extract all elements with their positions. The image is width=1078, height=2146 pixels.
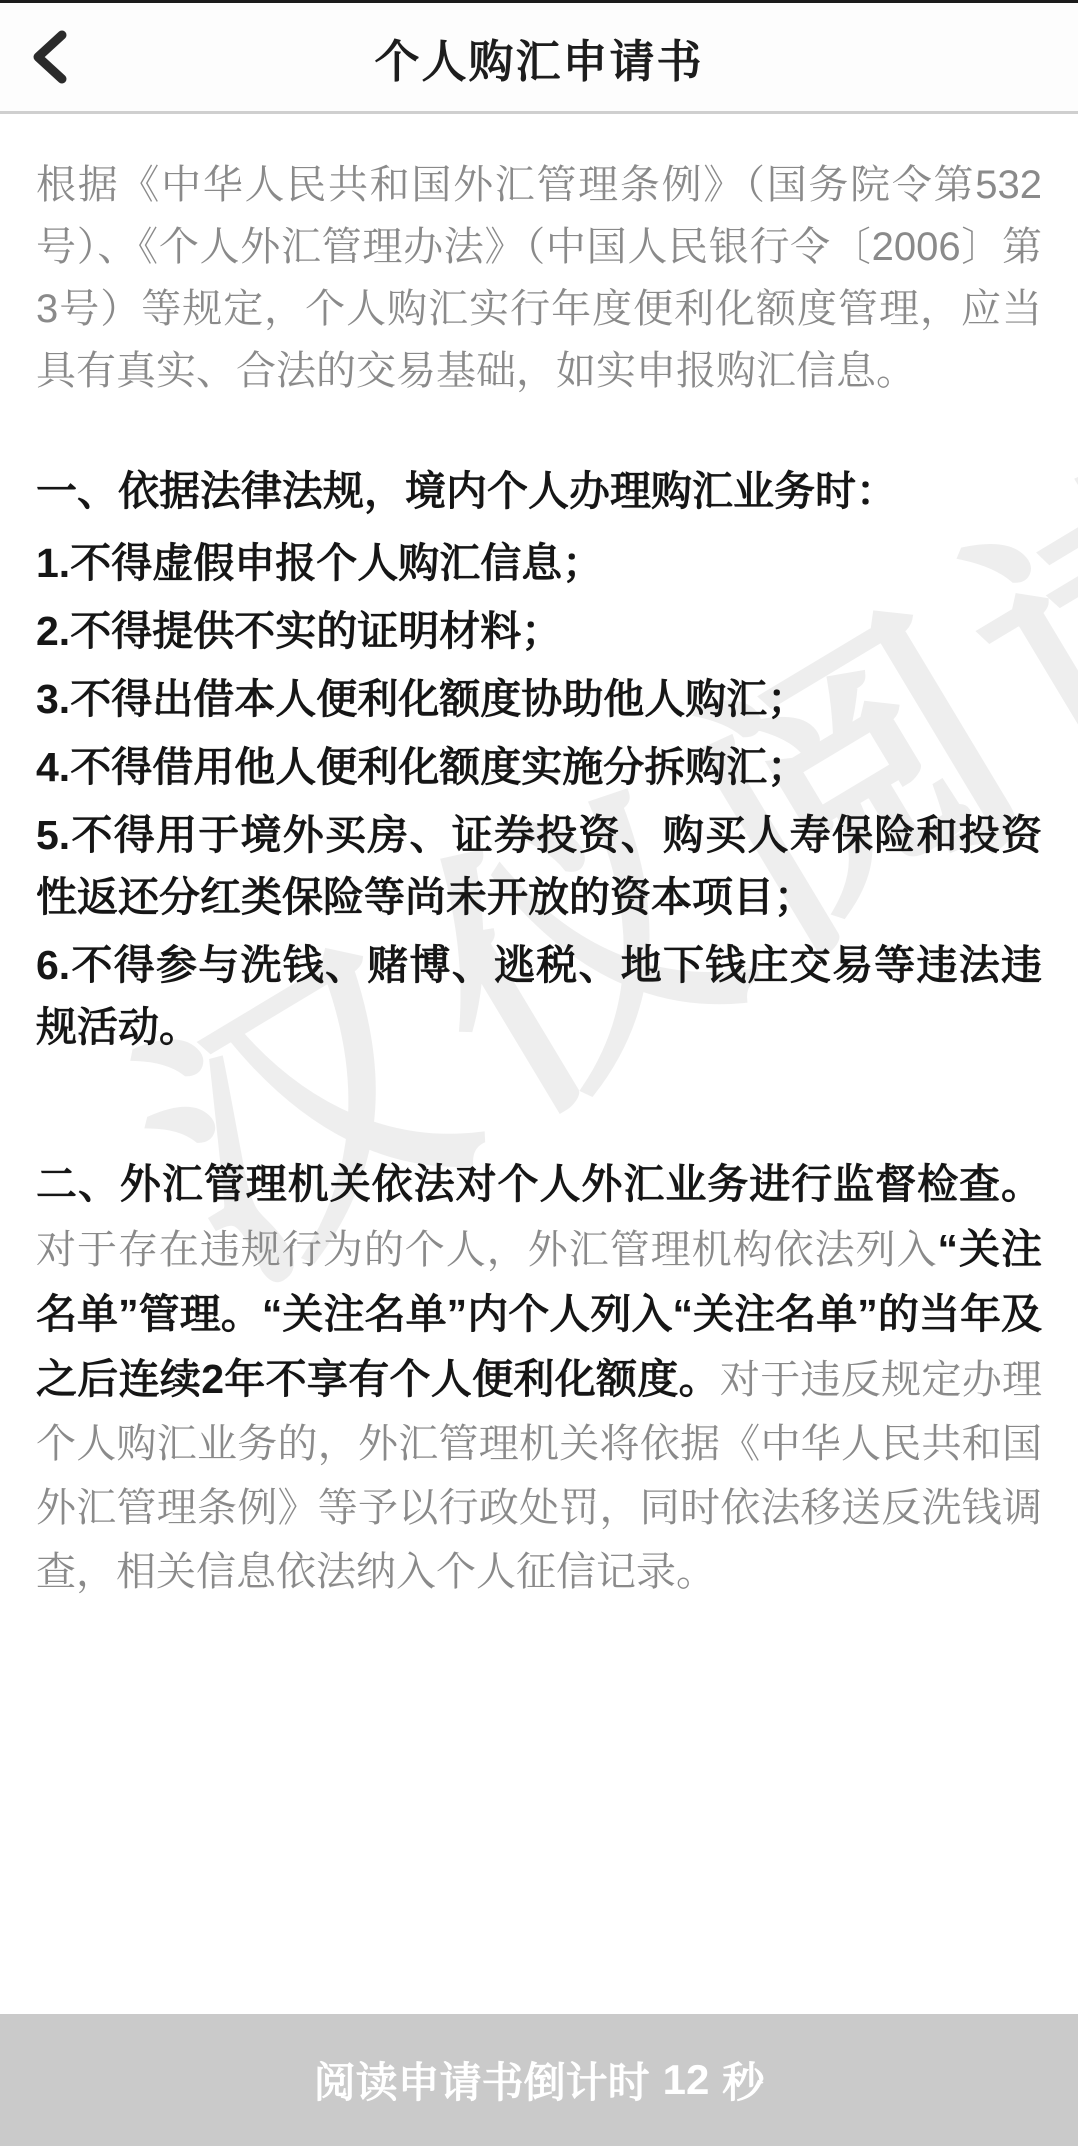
countdown-prefix: 阅读申请书倒计时: [314, 2050, 650, 2110]
section-two-text-1: 对于存在违规行为的个人，外汇管理机构依法列入: [36, 1228, 938, 1272]
rule-item-4: 4.不得借用他人便利化额度实施分拆购汇；: [36, 736, 1042, 798]
top-edge-line: [0, 0, 1078, 3]
countdown-suffix: 秒: [722, 2050, 764, 2110]
title-bar: 个人购汇申请书: [0, 3, 1078, 114]
page-title: 个人购汇申请书: [374, 25, 703, 90]
rule-item-5: 5.不得用于境外买房、证券投资、购买人寿保险和投资性返还分红类保险等尚未开放的资…: [36, 804, 1042, 928]
section-two-paragraph: 二、外汇管理机关依法对个人外汇业务进行监督检查。对于存在违规行为的个人，外汇管理…: [36, 1152, 1042, 1604]
intro-paragraph: 根据《中华人民共和国外汇管理条例》（国务院令第532号）、《个人外汇管理办法》（…: [36, 154, 1042, 402]
rule-item-2: 2.不得提供不实的证明材料；: [36, 600, 1042, 662]
rule-item-6: 6.不得参与洗钱、赌博、逃税、地下钱庄交易等违法违规活动。: [36, 934, 1042, 1058]
countdown-button[interactable]: 阅读申请书倒计时 12 秒: [0, 2014, 1078, 2146]
countdown-seconds: 12: [663, 2056, 710, 2104]
section-one-heading: 一、依据法律法规，境内个人办理购汇业务时：: [36, 460, 1042, 522]
rule-item-1: 1.不得虚假申报个人购汇信息；: [36, 532, 1042, 594]
chevron-left-icon: [28, 28, 72, 86]
back-button[interactable]: [18, 22, 82, 92]
agreement-content: 根据《中华人民共和国外汇管理条例》（国务院令第532号）、《个人外汇管理办法》（…: [0, 114, 1078, 1604]
section-two-heading: 二、外汇管理机关依法对个人外汇业务进行监督检查。: [36, 1161, 1042, 1207]
rule-item-3: 3.不得出借本人便利化额度协助他人购汇；: [36, 668, 1042, 730]
